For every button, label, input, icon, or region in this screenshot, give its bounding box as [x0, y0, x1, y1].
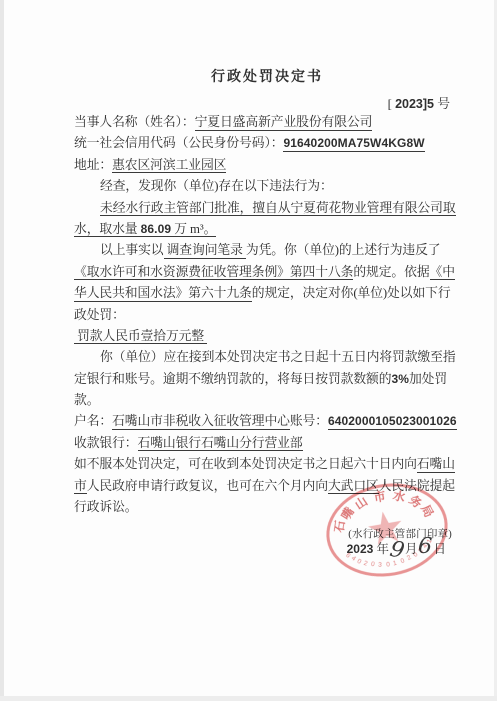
- body-line: 华人民共和国水法》第六十九条的规定，决定对你(单位)处以如下行: [74, 283, 460, 304]
- body-line: 以上事实以 调查询问笔录 为凭。你（单位)的上述行为违反了: [74, 240, 460, 261]
- document-number-value: 2023]5: [395, 97, 434, 111]
- text-segment: 人民法院提起: [379, 479, 455, 493]
- body-line: 统一社会信用代码（公民身份号码）：91640200MA75W4KG8W: [74, 133, 460, 154]
- text-segment: 经查，发现你（单位)存在以下违法行为：: [100, 179, 333, 193]
- document-body-lines: 当事人名称（姓名）：宁夏日盛高新产业股份有限公司统一社会信用代码（公民身份号码）…: [74, 112, 460, 518]
- text-segment: 统一社会信用代码（公民身份号码）：: [74, 136, 283, 150]
- document-title: 行政处罚决定书: [74, 66, 460, 86]
- underlined-text-segment: 《取水许可和水资源费征收管理条例》第四十八条: [74, 265, 353, 281]
- text-segment: 如不服本处罚决定，可在收到本处罚决定书之日起六十日内向: [74, 457, 417, 471]
- text-segment: 为凭。你（单位)的上述行为违反了: [246, 243, 441, 257]
- underlined-text-segment: 86.09: [141, 222, 172, 238]
- date-month-unit: 月: [405, 542, 418, 556]
- body-line: 《取水许可和水资源费征收管理条例》第四十八条的规定。依据《中: [74, 262, 460, 283]
- body-line: 水，取水量 86.09 万 m³。: [74, 219, 460, 240]
- body-line: 款。: [74, 390, 460, 411]
- underlined-text-segment: 宁夏日盛高新产业股份有限公司: [195, 115, 373, 131]
- text-segment: 账号：: [290, 414, 328, 428]
- document-page: 行政处罚决定书 [ 2023]5 号 当事人名称（姓名）：宁夏日盛高新产业股份有…: [4, 0, 494, 696]
- body-line: 罚款人民币壹拾万元整: [74, 326, 460, 347]
- seal-arc-character: 石: [333, 519, 348, 534]
- text-segment: 当事人名称（姓名）：: [74, 115, 195, 129]
- document-number: [ 2023]5 号: [388, 93, 450, 112]
- body-line: 市人民政府申请行政复议，也可在六个月内向大武口区人民法院提起: [74, 476, 460, 497]
- underlined-text-segment: 惠农区河滨工业园区: [112, 158, 226, 174]
- underlined-text-segment: 罚款人民币壹拾万元整: [74, 329, 207, 345]
- underlined-text-segment: 大武口区: [328, 479, 379, 495]
- text-segment: 行政诉讼。: [74, 500, 138, 514]
- handwritten-month-digit: 9: [389, 545, 405, 558]
- date-year: 2023: [347, 542, 374, 556]
- body-line: 政处罚：: [74, 305, 460, 326]
- seal-code-digit: 0: [369, 561, 376, 569]
- underlined-text-segment: 91640200MA75W4KG8W: [283, 136, 424, 152]
- text-segment: 政处罚：: [74, 308, 125, 322]
- text-segment: 款。: [74, 393, 99, 407]
- text-segment: 收款银行：: [74, 436, 138, 450]
- text-segment: 的规定，决定对你(单位)处以如下行: [252, 286, 451, 300]
- seal-code-digit: 0: [355, 557, 364, 566]
- underlined-text-segment: 石嘴山: [417, 457, 455, 473]
- underlined-text-segment: 华人民共和国水法》第六十九条: [74, 286, 252, 302]
- body-line: 当事人名称（姓名）：宁夏日盛高新产业股份有限公司: [74, 112, 460, 133]
- scanned-document-screenshot: { "colors": { "ink": "#2f2f2f", "seal_re…: [0, 0, 497, 701]
- body-line: 地址：惠农区河滨工业园区: [74, 155, 460, 176]
- underlined-text-segment: 石嘴山银行石嘴山分行营业部: [138, 436, 303, 452]
- body-line: 经查，发现你（单位)存在以下违法行为：: [74, 176, 460, 197]
- seal-code-digit: 0: [384, 561, 391, 569]
- underlined-text-segment: 水，取水量: [74, 222, 141, 238]
- text-segment: 定银行和账号。逾期不缴纳罚款的，将每日按罚款数额的: [74, 372, 391, 386]
- date-year-unit: 年: [376, 542, 389, 556]
- body-line: 定银行和账号。逾期不缴纳罚款的，将每日按罚款数额的3%加处罚: [74, 369, 460, 390]
- body-line: 行政诉讼。: [74, 497, 460, 518]
- date-day-unit: 日: [433, 542, 446, 556]
- document-number-unit: 号: [434, 97, 450, 111]
- body-line: 如不服本处罚决定，可在收到本处罚决定书之日起六十日内向石嘴山: [74, 454, 460, 475]
- text-segment: 户名：: [74, 414, 112, 428]
- text-segment: 的规定。依据: [353, 265, 429, 279]
- underlined-text-segment: 《中: [430, 265, 455, 281]
- document-date: 2023 年9月6日: [347, 541, 446, 557]
- seal-code-digit: 2: [362, 559, 370, 568]
- body-line: 户名：石嘴山市非税收入征收管理中心账号：6402000105023001026: [74, 411, 460, 432]
- body-line: 你（单位）应在接到本处罚决定书之日起十五日内将罚款缴至指: [74, 347, 460, 368]
- document-number-open: [: [388, 97, 395, 111]
- underlined-text-segment: 石嘴山市非税收入征收管理中心: [112, 414, 290, 430]
- seal-code-digit: 3: [377, 562, 383, 569]
- body-line: 未经水行政主管部门批准，擅自从宁夏荷花物业管理有限公司取: [74, 198, 460, 219]
- text-segment: 地址：: [74, 158, 112, 172]
- underlined-text-segment: 调查询问笔录: [164, 243, 246, 259]
- underlined-text-segment: 6402000105023001026: [328, 414, 457, 430]
- body-line: 收款银行：石嘴山银行石嘴山分行营业部: [74, 433, 460, 454]
- handwritten-day-digit: 6: [418, 542, 433, 553]
- underlined-text-segment: 市: [74, 479, 87, 495]
- text-segment: 3%: [391, 372, 409, 386]
- text-segment: 人民政府申请行政复议，也可在六个月内向: [87, 479, 328, 493]
- underlined-text-segment: 万 m³。: [171, 222, 216, 238]
- text-segment: 加处罚: [409, 372, 447, 386]
- text-segment: 以上事实以: [100, 243, 164, 257]
- scan-edge-bottom: [0, 696, 497, 701]
- text-segment: 你（单位）应在接到本处罚决定书之日起十五日内将罚款缴至指: [100, 350, 456, 364]
- underlined-text-segment: 未经水行政主管部门批准，擅自从宁夏荷花物业管理有限公司取: [100, 201, 456, 217]
